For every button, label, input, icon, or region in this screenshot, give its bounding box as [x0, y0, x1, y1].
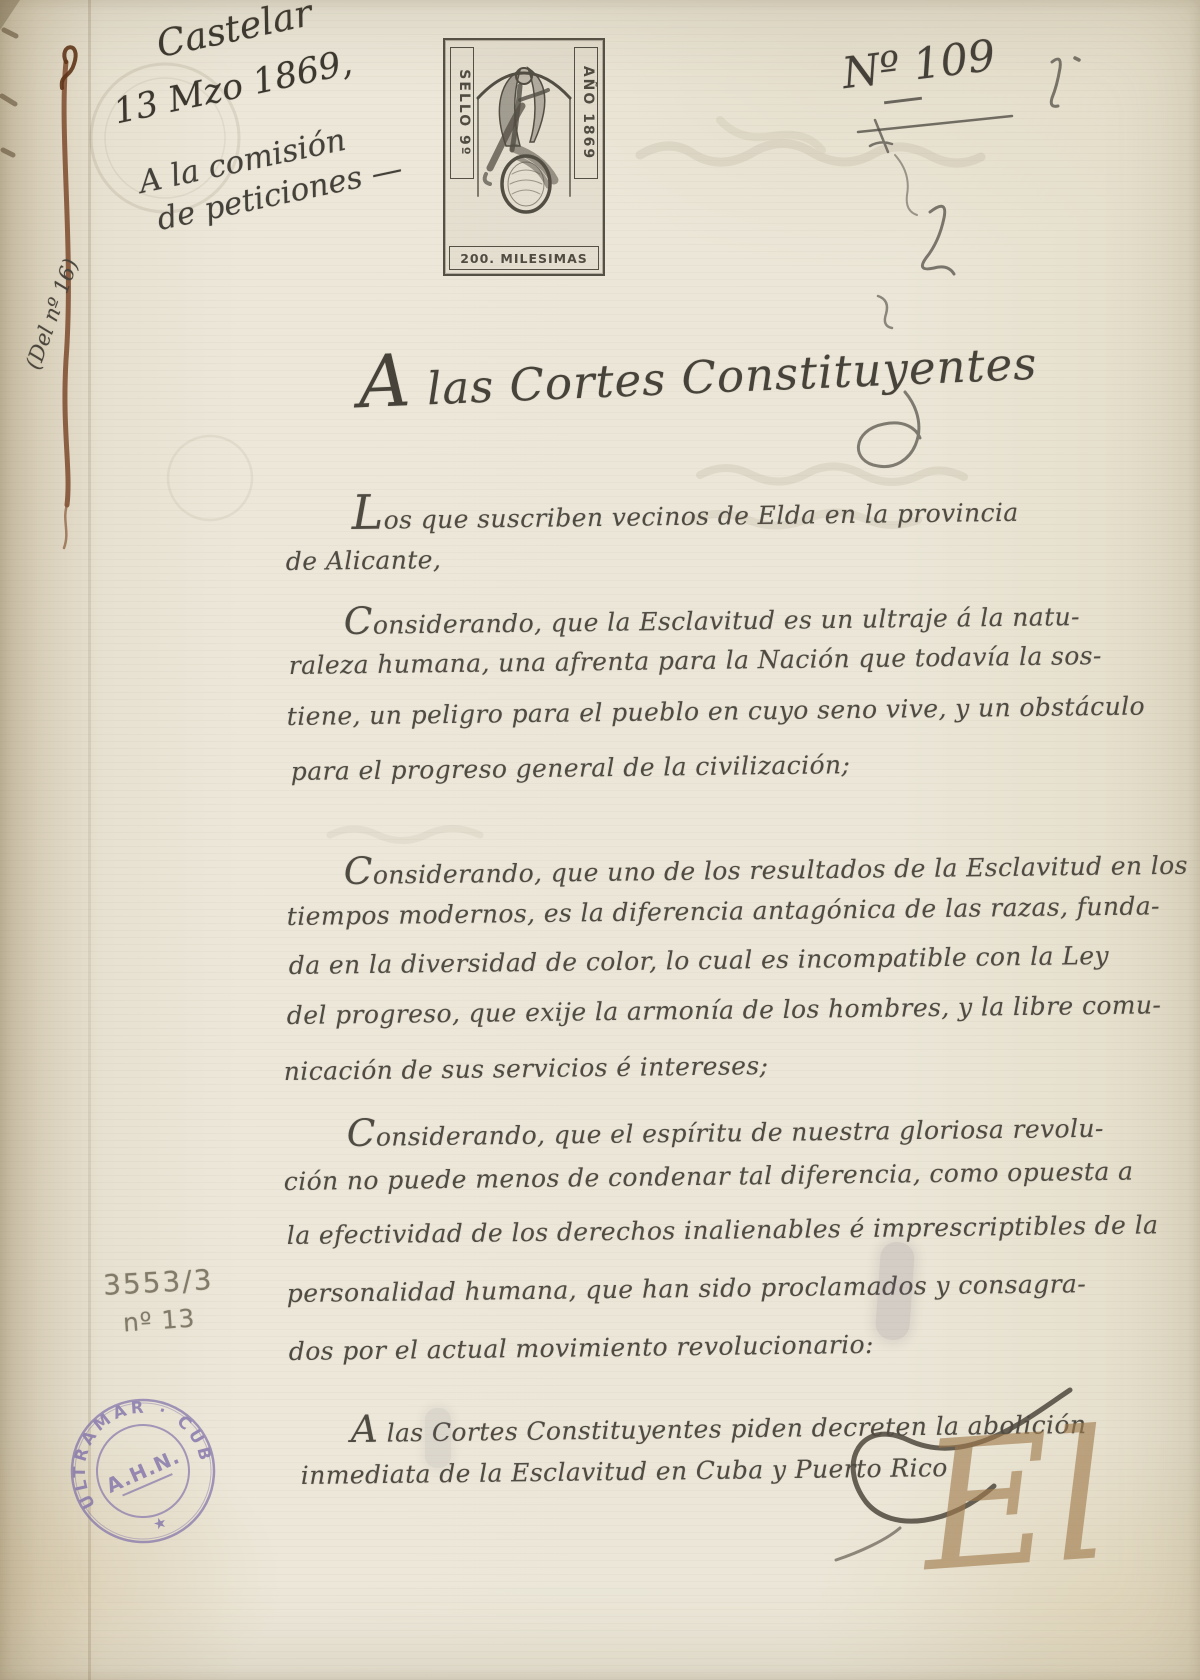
archive-stamp-star-icon: ★	[151, 1513, 169, 1534]
verso-initial: El	[915, 1392, 1116, 1612]
body-line: Considerando, que uno de los resultados …	[343, 839, 1188, 893]
body-line: para el progreso general de la civilizac…	[291, 750, 851, 786]
body-line: tiempos modernos, es la diferencia antag…	[287, 891, 1160, 931]
manuscript-page: Castelar 13 Mzo 1869, A la comisión de p…	[0, 0, 1200, 1680]
body-line: nicación de sus servicios é intereses;	[284, 1051, 769, 1086]
archive-stamp-ring-text: ULTRAMAR · CUBA	[46, 1374, 219, 1517]
body-line: dos por el actual movimiento revoluciona…	[289, 1330, 874, 1366]
ink-smudge	[875, 1241, 916, 1341]
archive-stamp: ULTRAMAR · CUBA A.H.N. ★	[46, 1374, 240, 1568]
petition-title: A las Cortes Constituyentes	[357, 312, 1039, 424]
stamp-value-band: 200. MILESIMAS	[449, 246, 599, 270]
stamp-value-label: 200. MILESIMAS	[460, 251, 588, 266]
stamp-left-label: SELLO 9º	[456, 50, 472, 176]
svg-text:ULTRAMAR · CUBA: ULTRAMAR · CUBA	[46, 1374, 219, 1517]
body-line: inmediata de la Esclavitud en Cuba y Pue…	[301, 1453, 948, 1490]
docket-note: Castelar 13 Mzo 1869, A la comisión de p…	[96, 0, 492, 242]
stamp-right-band: AÑO 1869	[574, 47, 598, 179]
stamp-left-band: SELLO 9º	[450, 47, 474, 179]
body-line: ción no puede menos de condenar tal dife…	[284, 1157, 1134, 1196]
petition-number-underline	[884, 97, 922, 105]
body-line: Considerando, que la Esclavitud es un ul…	[343, 590, 1080, 643]
body-line: da en la diversidad de color, lo cual es…	[289, 941, 1109, 980]
body-line: personalidad humana, que han sido procla…	[287, 1269, 1087, 1308]
revenue-stamp: SELLO 9º AÑO 1869	[443, 38, 605, 276]
allegory-figure-icon	[472, 46, 576, 228]
body-line: raleza humana, una afrenta para la Nació…	[289, 641, 1102, 680]
ink-smudge-small	[425, 1408, 451, 1468]
archive-stamp-center-text: A.H.N.	[102, 1444, 183, 1498]
stamp-right-label: AÑO 1869	[580, 50, 596, 176]
body-line: Los que suscriben vecinos de Elda en la …	[351, 478, 1019, 541]
pencil-number: nº 13	[122, 1304, 196, 1338]
body-line: Considerando, que el espíritu de nuestra…	[346, 1102, 1104, 1155]
body-line: tiene, un peligro para el pueblo en cuyo…	[287, 692, 1145, 731]
pencil-reference: 3553/3	[102, 1263, 214, 1302]
body-line: del progreso, que exije la armonía de lo…	[287, 990, 1162, 1030]
margin-note: (Del nº 16)	[11, 229, 92, 399]
body-line: de Alicante,	[286, 545, 442, 576]
petition-number: Nº 109	[840, 31, 999, 99]
body-line: la efectividad de los derechos inalienab…	[287, 1210, 1159, 1250]
